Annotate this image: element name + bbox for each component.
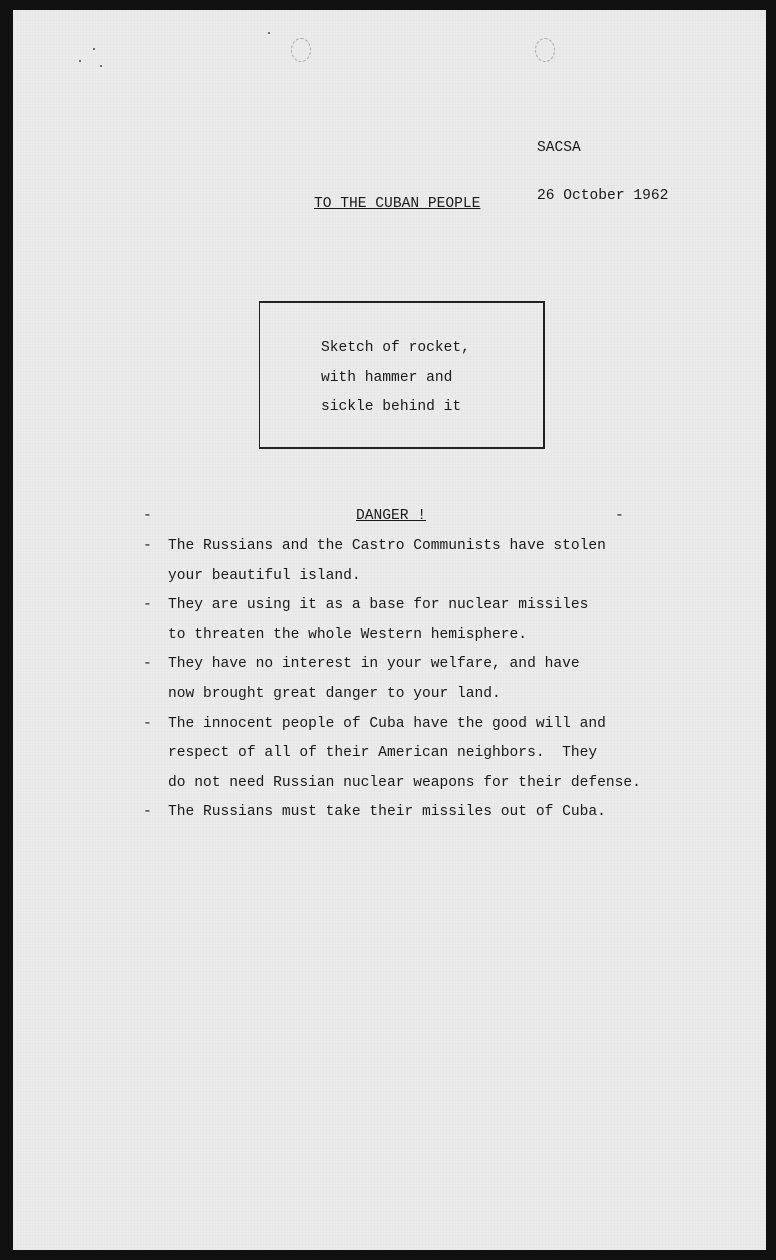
sketch-line: sickle behind it xyxy=(321,399,461,415)
body-line: The Russians must take their missiles ou… xyxy=(168,804,606,820)
speck xyxy=(268,32,270,34)
page-title: TO THE CUBAN PEOPLE xyxy=(314,196,480,212)
body-line: The innocent people of Cuba have the goo… xyxy=(168,716,606,732)
office-code: SACSA xyxy=(537,140,668,156)
speck xyxy=(100,65,102,67)
body-line: do not need Russian nuclear weapons for … xyxy=(168,775,641,791)
sketch-line: Sketch of rocket, xyxy=(321,340,470,356)
bullet-dash: - xyxy=(143,804,152,820)
body-line: now brought great danger to your land. xyxy=(168,686,501,702)
sketch-placeholder-box: Sketch of rocket, with hammer and sickle… xyxy=(259,301,545,449)
section-heading: DANGER ! xyxy=(356,508,426,524)
bullet-dash: - xyxy=(143,508,152,524)
bullet-dash: - xyxy=(615,508,624,524)
punch-hole-mark xyxy=(291,38,311,62)
body-line: to threaten the whole Western hemisphere… xyxy=(168,627,527,643)
document-page: SACSA 26 October 1962 TO THE CUBAN PEOPL… xyxy=(13,10,766,1250)
bullet-dash: - xyxy=(143,597,152,613)
body-line: They have no interest in your welfare, a… xyxy=(168,656,580,672)
bullet-dash: - xyxy=(143,538,152,554)
body-line: respect of all of their American neighbo… xyxy=(168,745,597,761)
document-date: 26 October 1962 xyxy=(537,188,668,204)
body-line: They are using it as a base for nuclear … xyxy=(168,597,588,613)
document-header: SACSA 26 October 1962 xyxy=(537,108,668,236)
speck xyxy=(79,60,81,62)
body-line: The Russians and the Castro Communists h… xyxy=(168,538,606,554)
punch-hole-mark xyxy=(535,38,555,62)
speck xyxy=(93,48,95,50)
body-line: your beautiful island. xyxy=(168,568,361,584)
bullet-dash: - xyxy=(143,656,152,672)
bullet-dash: - xyxy=(143,716,152,732)
sketch-line: with hammer and xyxy=(321,370,452,386)
